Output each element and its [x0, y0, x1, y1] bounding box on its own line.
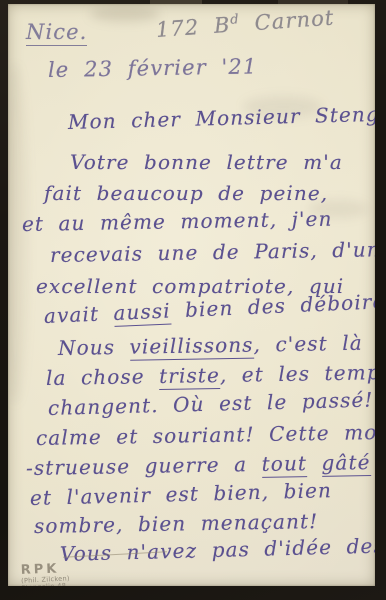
letter-body-line: changent. Où est le passé! [48, 387, 374, 420]
text-segment: recevais une de Paris, d'un [50, 237, 375, 267]
text-segment: Nice. [26, 20, 87, 46]
letter-body-line: fait beaucoup de peine, [44, 181, 328, 205]
text-segment: changent. Où est le passé! [48, 387, 374, 420]
letter-body-line: Vous n'avez pas d'idée des [60, 533, 375, 565]
text-segment: et l'avenir est bien, bien [30, 478, 333, 510]
text-segment: tout [261, 451, 307, 478]
letter-salutation: Mon cher Monsieur Stengelin [68, 101, 375, 134]
letter-body-line: -strueuse guerre a tout gâté [26, 450, 371, 480]
text-segment: Vous n'avez pas d'idée des [60, 533, 375, 565]
scan-frame: Nice. 172 Bd Carnot le 23 février '21 Mo… [0, 0, 386, 600]
letter-body-line: et l'avenir est bien, bien [30, 478, 333, 510]
text-segment: calme et souriant! Cette mon- [36, 420, 375, 450]
text-segment: gâté [321, 450, 370, 477]
text-segment: Mon cher Monsieur Stengelin [68, 101, 375, 134]
letter-body-line: recevais une de Paris, d'un [50, 237, 375, 267]
text-segment: sombre, bien menaçant! [34, 509, 319, 538]
text-segment: avait [43, 301, 114, 328]
text-segment: , et les temps [220, 360, 375, 387]
text-segment: le 23 février '21 [48, 54, 258, 82]
text-segment: la chose [46, 364, 160, 390]
letter-body-line: sombre, bien menaçant! [34, 509, 319, 538]
text-segment: et au même moment, j'en [22, 207, 333, 236]
text-segment: triste [159, 363, 220, 390]
letter-place: Nice. [26, 20, 87, 44]
letter-body-line: calme et souriant! Cette mon- [36, 420, 375, 450]
text-segment: fait beaucoup de peine, [44, 181, 328, 205]
text-segment: -strueuse guerre a [26, 452, 262, 480]
text-segment: aussi [113, 298, 171, 326]
letter-body-line: Votre bonne lettre m'a [70, 150, 343, 174]
text-segment: 172 B [155, 13, 231, 42]
letter-body-line: Nous vieillissons, c'est là [58, 331, 363, 360]
text-segment: Votre bonne lettre m'a [70, 150, 343, 174]
text-segment: Carnot [239, 6, 335, 37]
stamp-annotation-line: Stengelin-48 [21, 582, 70, 586]
text-segment: vieillissons [129, 333, 253, 361]
text-segment: Nous [58, 335, 130, 360]
ink-smudge [90, 6, 160, 22]
letter-paper: Nice. 172 Bd Carnot le 23 février '21 Mo… [8, 4, 375, 586]
letter-date: le 23 février '21 [48, 54, 258, 82]
text-segment [307, 451, 322, 475]
letter-body-line: et au même moment, j'en [22, 207, 333, 236]
letter-body-line: la chose triste, et les temps [46, 360, 375, 390]
collection-stamp: RPK (Phil. Zilcken) Stengelin-48 [21, 561, 71, 586]
text-segment: , c'est là [253, 331, 363, 357]
letter-address: 172 Bd Carnot [155, 6, 335, 42]
